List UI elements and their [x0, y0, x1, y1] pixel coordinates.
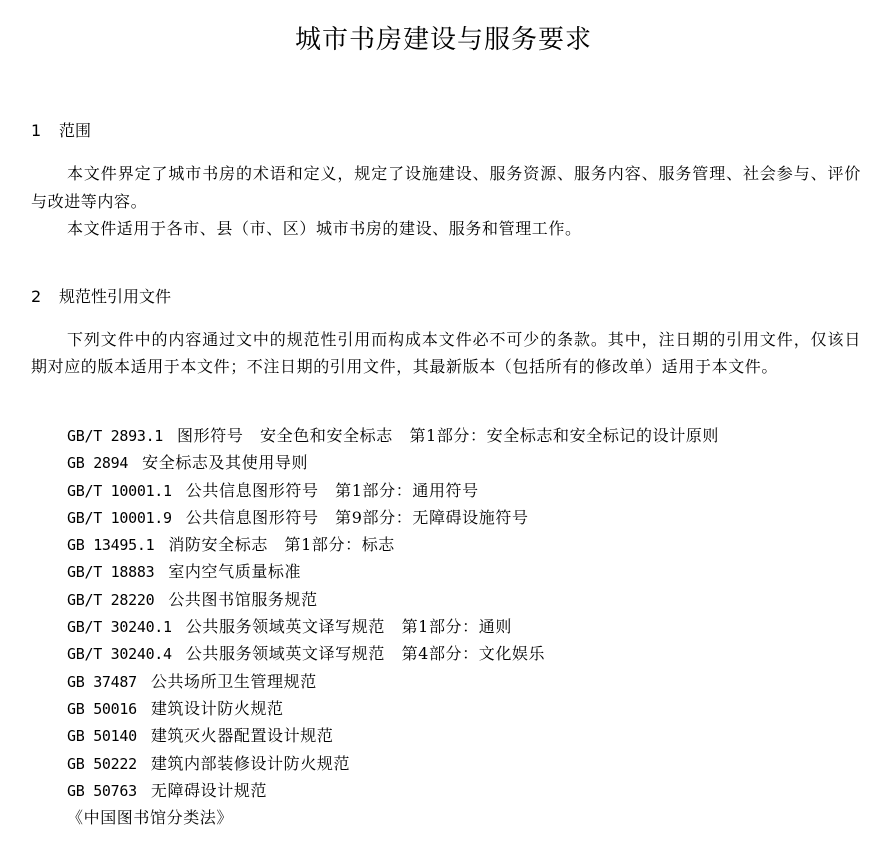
reference-code: GB 50016 [67, 700, 137, 718]
reference-code: GB/T 28220 [67, 591, 154, 609]
reference-item: GB/T 30240.4公共服务领域英文译写规范 第4部分：文化娱乐 [67, 640, 719, 667]
reference-title: 公共图书馆服务规范 [168, 590, 317, 609]
reference-title: 《中国图书馆分类法》 [67, 808, 233, 827]
reference-item: GB 50140建筑灭火器配置设计规范 [67, 722, 719, 749]
reference-code: GB 50222 [67, 755, 137, 773]
reference-title: 公共信息图形符号 第9部分：无障碍设施符号 [186, 508, 529, 527]
reference-title: 建筑内部装修设计防火规范 [151, 754, 350, 773]
reference-title: 公共场所卫生管理规范 [151, 672, 317, 691]
section-heading-normative-references: 2规范性引用文件 [31, 286, 171, 308]
section-title: 规范性引用文件 [59, 287, 171, 306]
reference-title: 室内空气质量标准 [168, 562, 301, 581]
reference-code: GB/T 30240.1 [67, 618, 172, 636]
reference-title: 建筑设计防火规范 [151, 699, 284, 718]
normative-reference-list: GB/T 2893.1图形符号 安全色和安全标志 第1部分：安全标志和安全标记的… [67, 422, 719, 831]
reference-item: GB/T 30240.1公共服务领域英文译写规范 第1部分：通则 [67, 613, 719, 640]
reference-code: GB/T 30240.4 [67, 645, 172, 663]
document-title: 城市书房建设与服务要求 [0, 22, 887, 58]
reference-item: GB 13495.1消防安全标志 第1部分：标志 [67, 531, 719, 558]
reference-title: 图形符号 安全色和安全标志 第1部分：安全标志和安全标记的设计原则 [177, 426, 719, 445]
reference-code: GB/T 10001.1 [67, 482, 172, 500]
scope-paragraph-1: 本文件界定了城市书房的术语和定义，规定了设施建设、服务资源、服务内容、服务管理、… [31, 160, 861, 215]
reference-item: GB/T 10001.1公共信息图形符号 第1部分：通用符号 [67, 477, 719, 504]
reference-code: GB 13495.1 [67, 536, 154, 554]
reference-title: 公共信息图形符号 第1部分：通用符号 [186, 481, 479, 500]
reference-item: GB 50222建筑内部装修设计防火规范 [67, 750, 719, 777]
reference-code: GB/T 10001.9 [67, 509, 172, 527]
reference-item: GB 50016建筑设计防火规范 [67, 695, 719, 722]
reference-code: GB 50763 [67, 782, 137, 800]
reference-item: GB/T 18883室内空气质量标准 [67, 558, 719, 585]
reference-item: GB/T 2893.1图形符号 安全色和安全标志 第1部分：安全标志和安全标记的… [67, 422, 719, 449]
reference-code: GB 50140 [67, 727, 137, 745]
references-intro-paragraph: 下列文件中的内容通过文中的规范性引用而构成本文件必不可少的条款。其中，注日期的引… [31, 326, 861, 381]
reference-code: GB/T 18883 [67, 563, 154, 581]
reference-title: 消防安全标志 第1部分：标志 [168, 535, 395, 554]
reference-title: 建筑灭火器配置设计规范 [151, 726, 334, 745]
reference-code: GB 2894 [67, 454, 128, 472]
scope-paragraph-2: 本文件适用于各市、县（市、区）城市书房的建设、服务和管理工作。 [31, 215, 861, 243]
reference-title: 公共服务领域英文译写规范 第1部分：通则 [186, 617, 512, 636]
reference-code: GB/T 2893.1 [67, 427, 163, 445]
reference-title: 公共服务领域英文译写规范 第4部分：文化娱乐 [186, 644, 545, 663]
section-number: 1 [31, 120, 59, 142]
reference-item: GB 37487公共场所卫生管理规范 [67, 668, 719, 695]
reference-item: GB 2894安全标志及其使用导则 [67, 449, 719, 476]
reference-item: GB 50763无障碍设计规范 [67, 777, 719, 804]
reference-item: GB/T 28220公共图书馆服务规范 [67, 586, 719, 613]
reference-item: GB/T 10001.9公共信息图形符号 第9部分：无障碍设施符号 [67, 504, 719, 531]
section-heading-scope: 1范围 [31, 120, 91, 142]
reference-code: GB 37487 [67, 673, 137, 691]
section-title: 范围 [59, 121, 91, 140]
reference-item: 《中国图书馆分类法》 [67, 804, 719, 831]
reference-title: 无障碍设计规范 [151, 781, 267, 800]
section-number: 2 [31, 286, 59, 308]
reference-title: 安全标志及其使用导则 [142, 453, 308, 472]
